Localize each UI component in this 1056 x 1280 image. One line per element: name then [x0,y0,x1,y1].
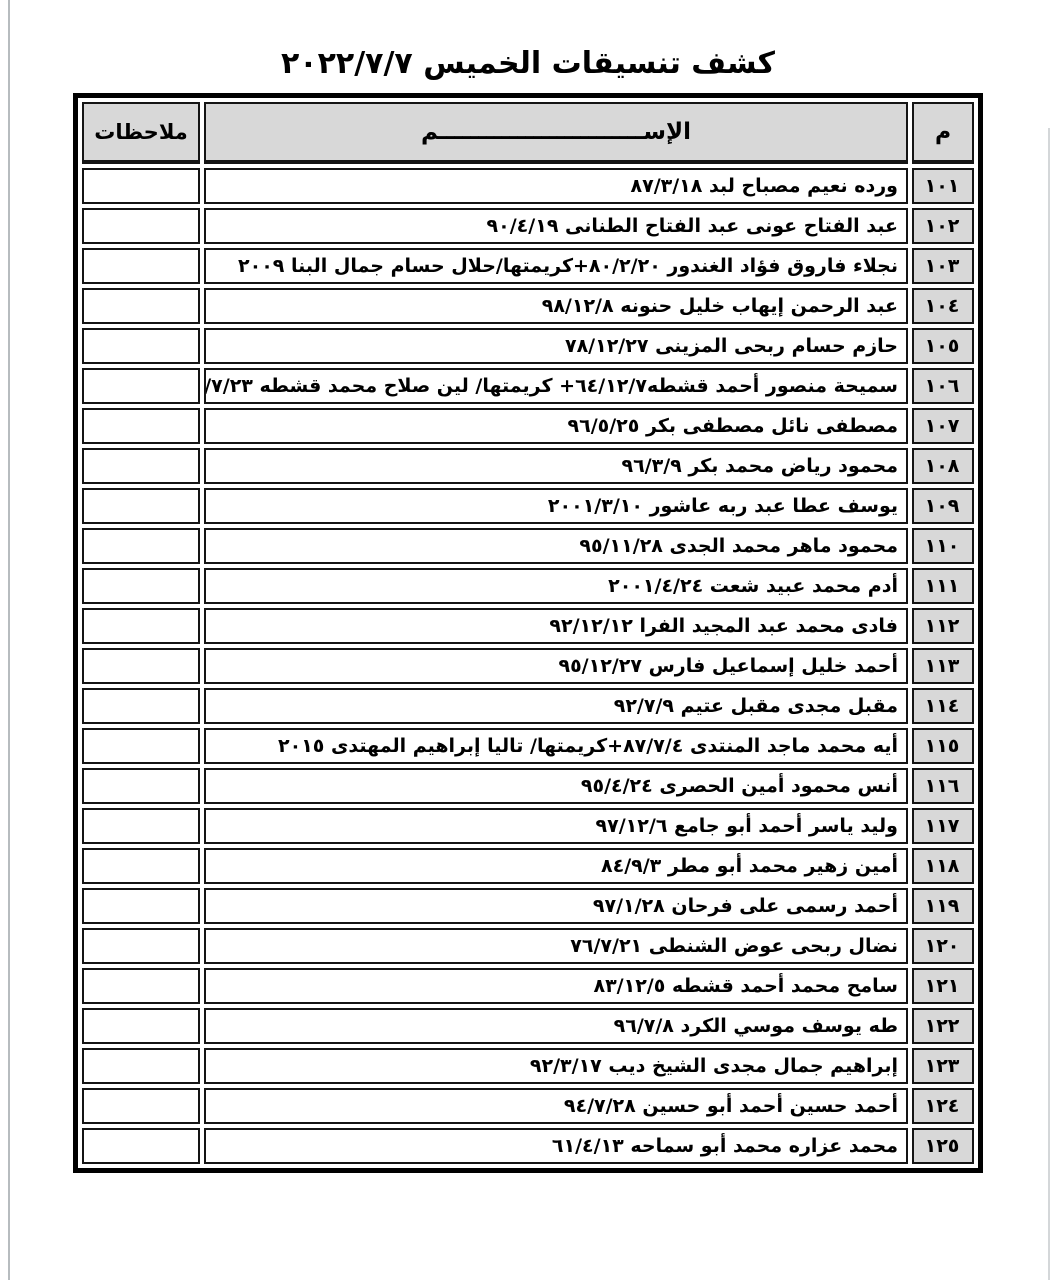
row-name-cell: محمد عزاره محمد أبو سماحه ٦١/٤/١٣ [204,1128,908,1164]
row-notes-cell [82,1008,200,1044]
row-number-cell: ١٠٢ [912,208,974,244]
scanned-document-page: { "page": { "title": "كشف تنسيقات الخميس… [0,0,1056,1280]
row-notes-cell [82,608,200,644]
row-notes-cell [82,648,200,684]
row-number-cell: ١٠١ [912,168,974,204]
row-number-cell: ١٢٠ [912,928,974,964]
row-number-cell: ١٠٦ [912,368,974,404]
table-row: ١٢٣إبراهيم جمال مجدى الشيخ ديب ٩٢/٣/١٧ [82,1048,974,1084]
row-notes-cell [82,328,200,364]
row-notes-cell [82,528,200,564]
header-name-column: الإســــــــــــــــــــــــــم [204,102,908,164]
table-row: ١١٥أيه محمد ماجد المنتدى ٨٧/٧/٤+كريمتها/… [82,728,974,764]
row-number-cell: ١١٣ [912,648,974,684]
row-name-cell: محمود ماهر محمد الجدى ٩٥/١١/٢٨ [204,528,908,564]
photo-edge-right-line [1048,128,1050,1280]
row-number-cell: ١١١ [912,568,974,604]
row-number-cell: ١١٨ [912,848,974,884]
table-row: ١١٣أحمد خليل إسماعيل فارس ٩٥/١٢/٢٧ [82,648,974,684]
table-row: ١٠١ورده نعيم مصباح لبد ٨٧/٣/١٨ [82,168,974,204]
row-notes-cell [82,568,200,604]
row-number-cell: ١١٧ [912,808,974,844]
row-number-cell: ١٠٧ [912,408,974,444]
photo-edge-left-line [8,0,10,1280]
row-notes-cell [82,488,200,524]
row-name-cell: عبد الفتاح عونى عبد الفتاح الطنانى ٩٠/٤/… [204,208,908,244]
table-row: ١٢٢طه يوسف موسي الكرد ٩٦/٧/٨ [82,1008,974,1044]
row-name-cell: عبد الرحمن إيهاب خليل حنونه ٩٨/١٢/٨ [204,288,908,324]
row-name-cell: نضال ربحى عوض الشنطى ٧٦/٧/٢١ [204,928,908,964]
row-number-cell: ١١٩ [912,888,974,924]
row-number-cell: ١٠٤ [912,288,974,324]
row-number-cell: ١٢١ [912,968,974,1004]
table-row: ١٢٠نضال ربحى عوض الشنطى ٧٦/٧/٢١ [82,928,974,964]
row-number-cell: ١٢٥ [912,1128,974,1164]
row-notes-cell [82,688,200,724]
row-name-cell: أمين زهير محمد أبو مطر ٨٤/٩/٣ [204,848,908,884]
row-name-cell: أنس محمود أمين الحصرى ٩٥/٤/٢٤ [204,768,908,804]
row-name-cell: مصطفى نائل مصطفى بكر ٩٦/٥/٢٥ [204,408,908,444]
row-number-cell: ١١٠ [912,528,974,564]
row-notes-cell [82,808,200,844]
table-row: ١١٢فادى محمد عبد المجيد الفرا ٩٢/١٢/١٢ [82,608,974,644]
row-notes-cell [82,1088,200,1124]
table-row: ١١٠محمود ماهر محمد الجدى ٩٥/١١/٢٨ [82,528,974,564]
row-number-cell: ١٠٣ [912,248,974,284]
row-number-cell: ١١٢ [912,608,974,644]
row-number-cell: ١٠٩ [912,488,974,524]
row-notes-cell [82,248,200,284]
row-name-cell: أيه محمد ماجد المنتدى ٨٧/٧/٤+كريمتها/ تا… [204,728,908,764]
row-number-cell: ١٠٥ [912,328,974,364]
row-name-cell: طه يوسف موسي الكرد ٩٦/٧/٨ [204,1008,908,1044]
table-row: ١٠٢عبد الفتاح عونى عبد الفتاح الطنانى ٩٠… [82,208,974,244]
row-name-cell: أحمد رسمى على فرحان ٩٧/١/٢٨ [204,888,908,924]
page-title: كشف تنسيقات الخميس ٢٠٢٢/٧/٧ [0,46,1056,81]
row-name-cell: نجلاء فاروق فؤاد الغندور ٨٠/٢/٢٠+كريمتها… [204,248,908,284]
row-notes-cell [82,1048,200,1084]
coordination-list-table: م الإســــــــــــــــــــــــــم ملاحظا… [73,93,983,1173]
table-body: ١٠١ورده نعيم مصباح لبد ٨٧/٣/١٨١٠٢عبد الف… [82,168,974,1164]
row-notes-cell [82,1128,200,1164]
row-notes-cell [82,408,200,444]
table-row: ١٢٥محمد عزاره محمد أبو سماحه ٦١/٤/١٣ [82,1128,974,1164]
table-row: ١١٩أحمد رسمى على فرحان ٩٧/١/٢٨ [82,888,974,924]
row-number-cell: ١١٦ [912,768,974,804]
row-notes-cell [82,768,200,804]
row-name-cell: سميحة منصور أحمد قشطه٦٤/١٢/٧+ كريمتها/ ل… [204,368,908,404]
table-header-row: م الإســــــــــــــــــــــــــم ملاحظا… [82,102,974,164]
table-row: ١٠٣نجلاء فاروق فؤاد الغندور ٨٠/٢/٢٠+كريم… [82,248,974,284]
table-row: ١٢١سامح محمد أحمد قشطه ٨٣/١٢/٥ [82,968,974,1004]
header-notes-column: ملاحظات [82,102,200,164]
row-notes-cell [82,728,200,764]
row-name-cell: ورده نعيم مصباح لبد ٨٧/٣/١٨ [204,168,908,204]
row-notes-cell [82,448,200,484]
row-name-cell: محمود رياض محمد بكر ٩٦/٣/٩ [204,448,908,484]
table-row: ١١٦أنس محمود أمين الحصرى ٩٥/٤/٢٤ [82,768,974,804]
row-number-cell: ١٠٨ [912,448,974,484]
table-row: ١١٨أمين زهير محمد أبو مطر ٨٤/٩/٣ [82,848,974,884]
row-notes-cell [82,928,200,964]
table-row: ١١٤مقبل مجدى مقبل عتيم ٩٢/٧/٩ [82,688,974,724]
row-number-cell: ١٢٣ [912,1048,974,1084]
row-name-cell: مقبل مجدى مقبل عتيم ٩٢/٧/٩ [204,688,908,724]
row-notes-cell [82,208,200,244]
table-row: ١١١أدم محمد عبيد شعت ٢٠٠١/٤/٢٤ [82,568,974,604]
row-number-cell: ١٢٢ [912,1008,974,1044]
row-name-cell: أحمد خليل إسماعيل فارس ٩٥/١٢/٢٧ [204,648,908,684]
row-name-cell: أحمد حسين أحمد أبو حسين ٩٤/٧/٢٨ [204,1088,908,1124]
row-notes-cell [82,288,200,324]
table-row: ١١٧وليد ياسر أحمد أبو جامع ٩٧/١٢/٦ [82,808,974,844]
row-name-cell: سامح محمد أحمد قشطه ٨٣/١٢/٥ [204,968,908,1004]
row-notes-cell [82,888,200,924]
table-row: ١٠٨محمود رياض محمد بكر ٩٦/٣/٩ [82,448,974,484]
row-number-cell: ١١٤ [912,688,974,724]
table-row: ١٠٧مصطفى نائل مصطفى بكر ٩٦/٥/٢٥ [82,408,974,444]
table-row: ١٠٥حازم حسام ربحى المزينى ٧٨/١٢/٢٧ [82,328,974,364]
row-name-cell: حازم حسام ربحى المزينى ٧٨/١٢/٢٧ [204,328,908,364]
row-number-cell: ١١٥ [912,728,974,764]
row-notes-cell [82,848,200,884]
row-notes-cell [82,168,200,204]
row-notes-cell [82,968,200,1004]
row-name-cell: أدم محمد عبيد شعت ٢٠٠١/٤/٢٤ [204,568,908,604]
row-name-cell: يوسف عطا عبد ربه عاشور ٢٠٠١/٣/١٠ [204,488,908,524]
row-notes-cell [82,368,200,404]
table-row: ١٠٩يوسف عطا عبد ربه عاشور ٢٠٠١/٣/١٠ [82,488,974,524]
table-row: ١٠٦سميحة منصور أحمد قشطه٦٤/١٢/٧+ كريمتها… [82,368,974,404]
table-row: ١٢٤أحمد حسين أحمد أبو حسين ٩٤/٧/٢٨ [82,1088,974,1124]
table-row: ١٠٤عبد الرحمن إيهاب خليل حنونه ٩٨/١٢/٨ [82,288,974,324]
row-name-cell: وليد ياسر أحمد أبو جامع ٩٧/١٢/٦ [204,808,908,844]
row-name-cell: إبراهيم جمال مجدى الشيخ ديب ٩٢/٣/١٧ [204,1048,908,1084]
row-name-cell: فادى محمد عبد المجيد الفرا ٩٢/١٢/١٢ [204,608,908,644]
header-number-column: م [912,102,974,164]
row-number-cell: ١٢٤ [912,1088,974,1124]
